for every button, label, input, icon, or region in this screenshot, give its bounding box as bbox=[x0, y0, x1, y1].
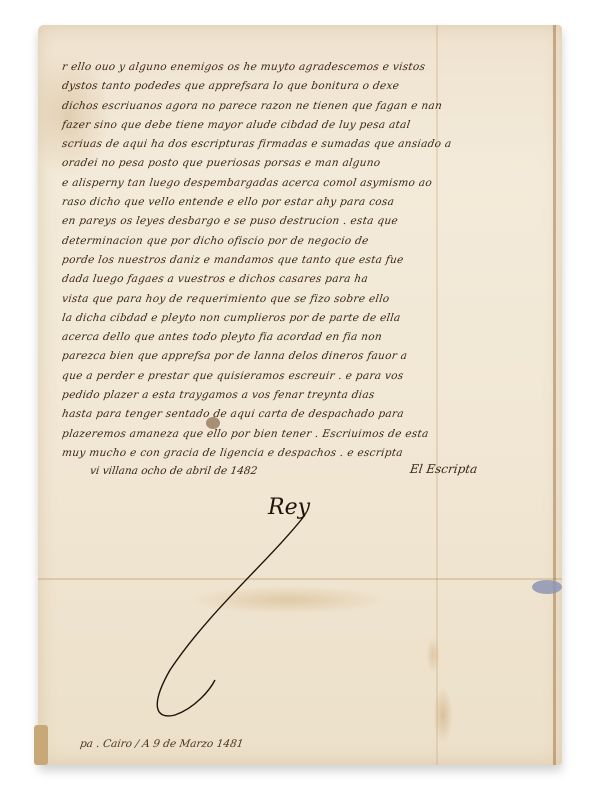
body-line: acerca dello que antes todo pleyto fia a… bbox=[61, 328, 509, 347]
body-line: que a perder e prestar que quisieramos e… bbox=[61, 367, 509, 386]
body-line: dichos escriuanos agora no parece razon … bbox=[61, 97, 509, 116]
page-edge-stain bbox=[553, 25, 556, 765]
body-line: hasta para tenger sentado de aqui carta … bbox=[61, 405, 509, 424]
body-line: pedido plazer a esta traygamos a vos fen… bbox=[61, 386, 509, 405]
body-line: la dicha cibdad e pleyto non cumplieros … bbox=[61, 309, 509, 328]
body-line: muy mucho e con gracia de ligencia e des… bbox=[61, 444, 509, 463]
body-line: oradei no pesa posto que pueriosas porsa… bbox=[61, 154, 509, 173]
body-line: vista que para hoy de requerimiento que … bbox=[61, 290, 509, 309]
body-line: e alisperny tan luego despembargadas ace… bbox=[61, 174, 509, 193]
wax-seal-remnant bbox=[532, 580, 562, 594]
body-line: fazer sino que debe tiene mayor alude ci… bbox=[61, 116, 509, 135]
body-line: determinacion que por dicho ofiscio por … bbox=[61, 232, 509, 251]
body-line: scriuas de aqui ha dos escripturas firma… bbox=[61, 135, 509, 154]
body-line: porde los nuestros daniz e mandamos que … bbox=[61, 251, 509, 270]
body-line: parezca bien que apprefsa por de lanna d… bbox=[61, 347, 509, 366]
signature-flourish bbox=[140, 510, 320, 725]
body-line: dystos tanto podedes que apprefsara lo q… bbox=[61, 77, 509, 96]
body-line: plazeremos amaneza que ello por bien ten… bbox=[61, 425, 509, 444]
date-line: vi villana ocho de abril de 1482 bbox=[89, 465, 258, 477]
torn-corner bbox=[34, 725, 48, 765]
scribe-mark: El Escripta bbox=[409, 462, 478, 476]
archival-note: pa . Cairo / A 9 de Marzo 1481 bbox=[79, 738, 244, 750]
body-line: dada luego fagaes a vuestros e dichos ca… bbox=[61, 270, 509, 289]
letter-body: r ello ouo y alguno enemigos os he muyto… bbox=[62, 58, 507, 463]
body-line: r ello ouo y alguno enemigos os he muyto… bbox=[61, 58, 509, 77]
body-line: raso dicho que vello entende e ello por … bbox=[61, 193, 509, 212]
body-line: en pareys os leyes desbargo e se puso de… bbox=[61, 212, 509, 231]
